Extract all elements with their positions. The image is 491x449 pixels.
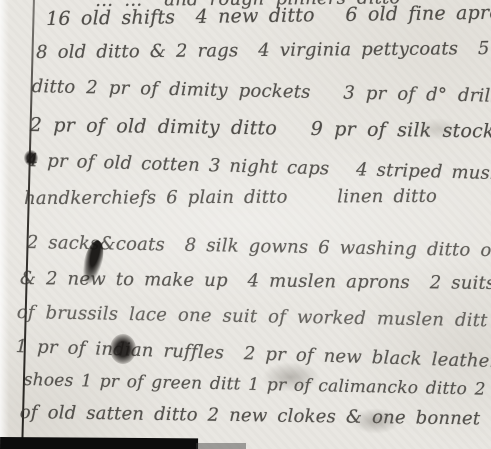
manuscript-line: 8 old ditto & 2 rags 4 virginia pettycoa…	[36, 38, 491, 63]
manuscript-line: handkerchiefs 6 plain ditto linen ditto	[24, 186, 437, 209]
scan-edge-artifact	[0, 437, 198, 449]
scan-edge-artifact	[196, 443, 246, 449]
page-left-edge	[0, 0, 9, 449]
scanned-document: … … and rough pinners ditto16 old shifts…	[0, 0, 491, 449]
